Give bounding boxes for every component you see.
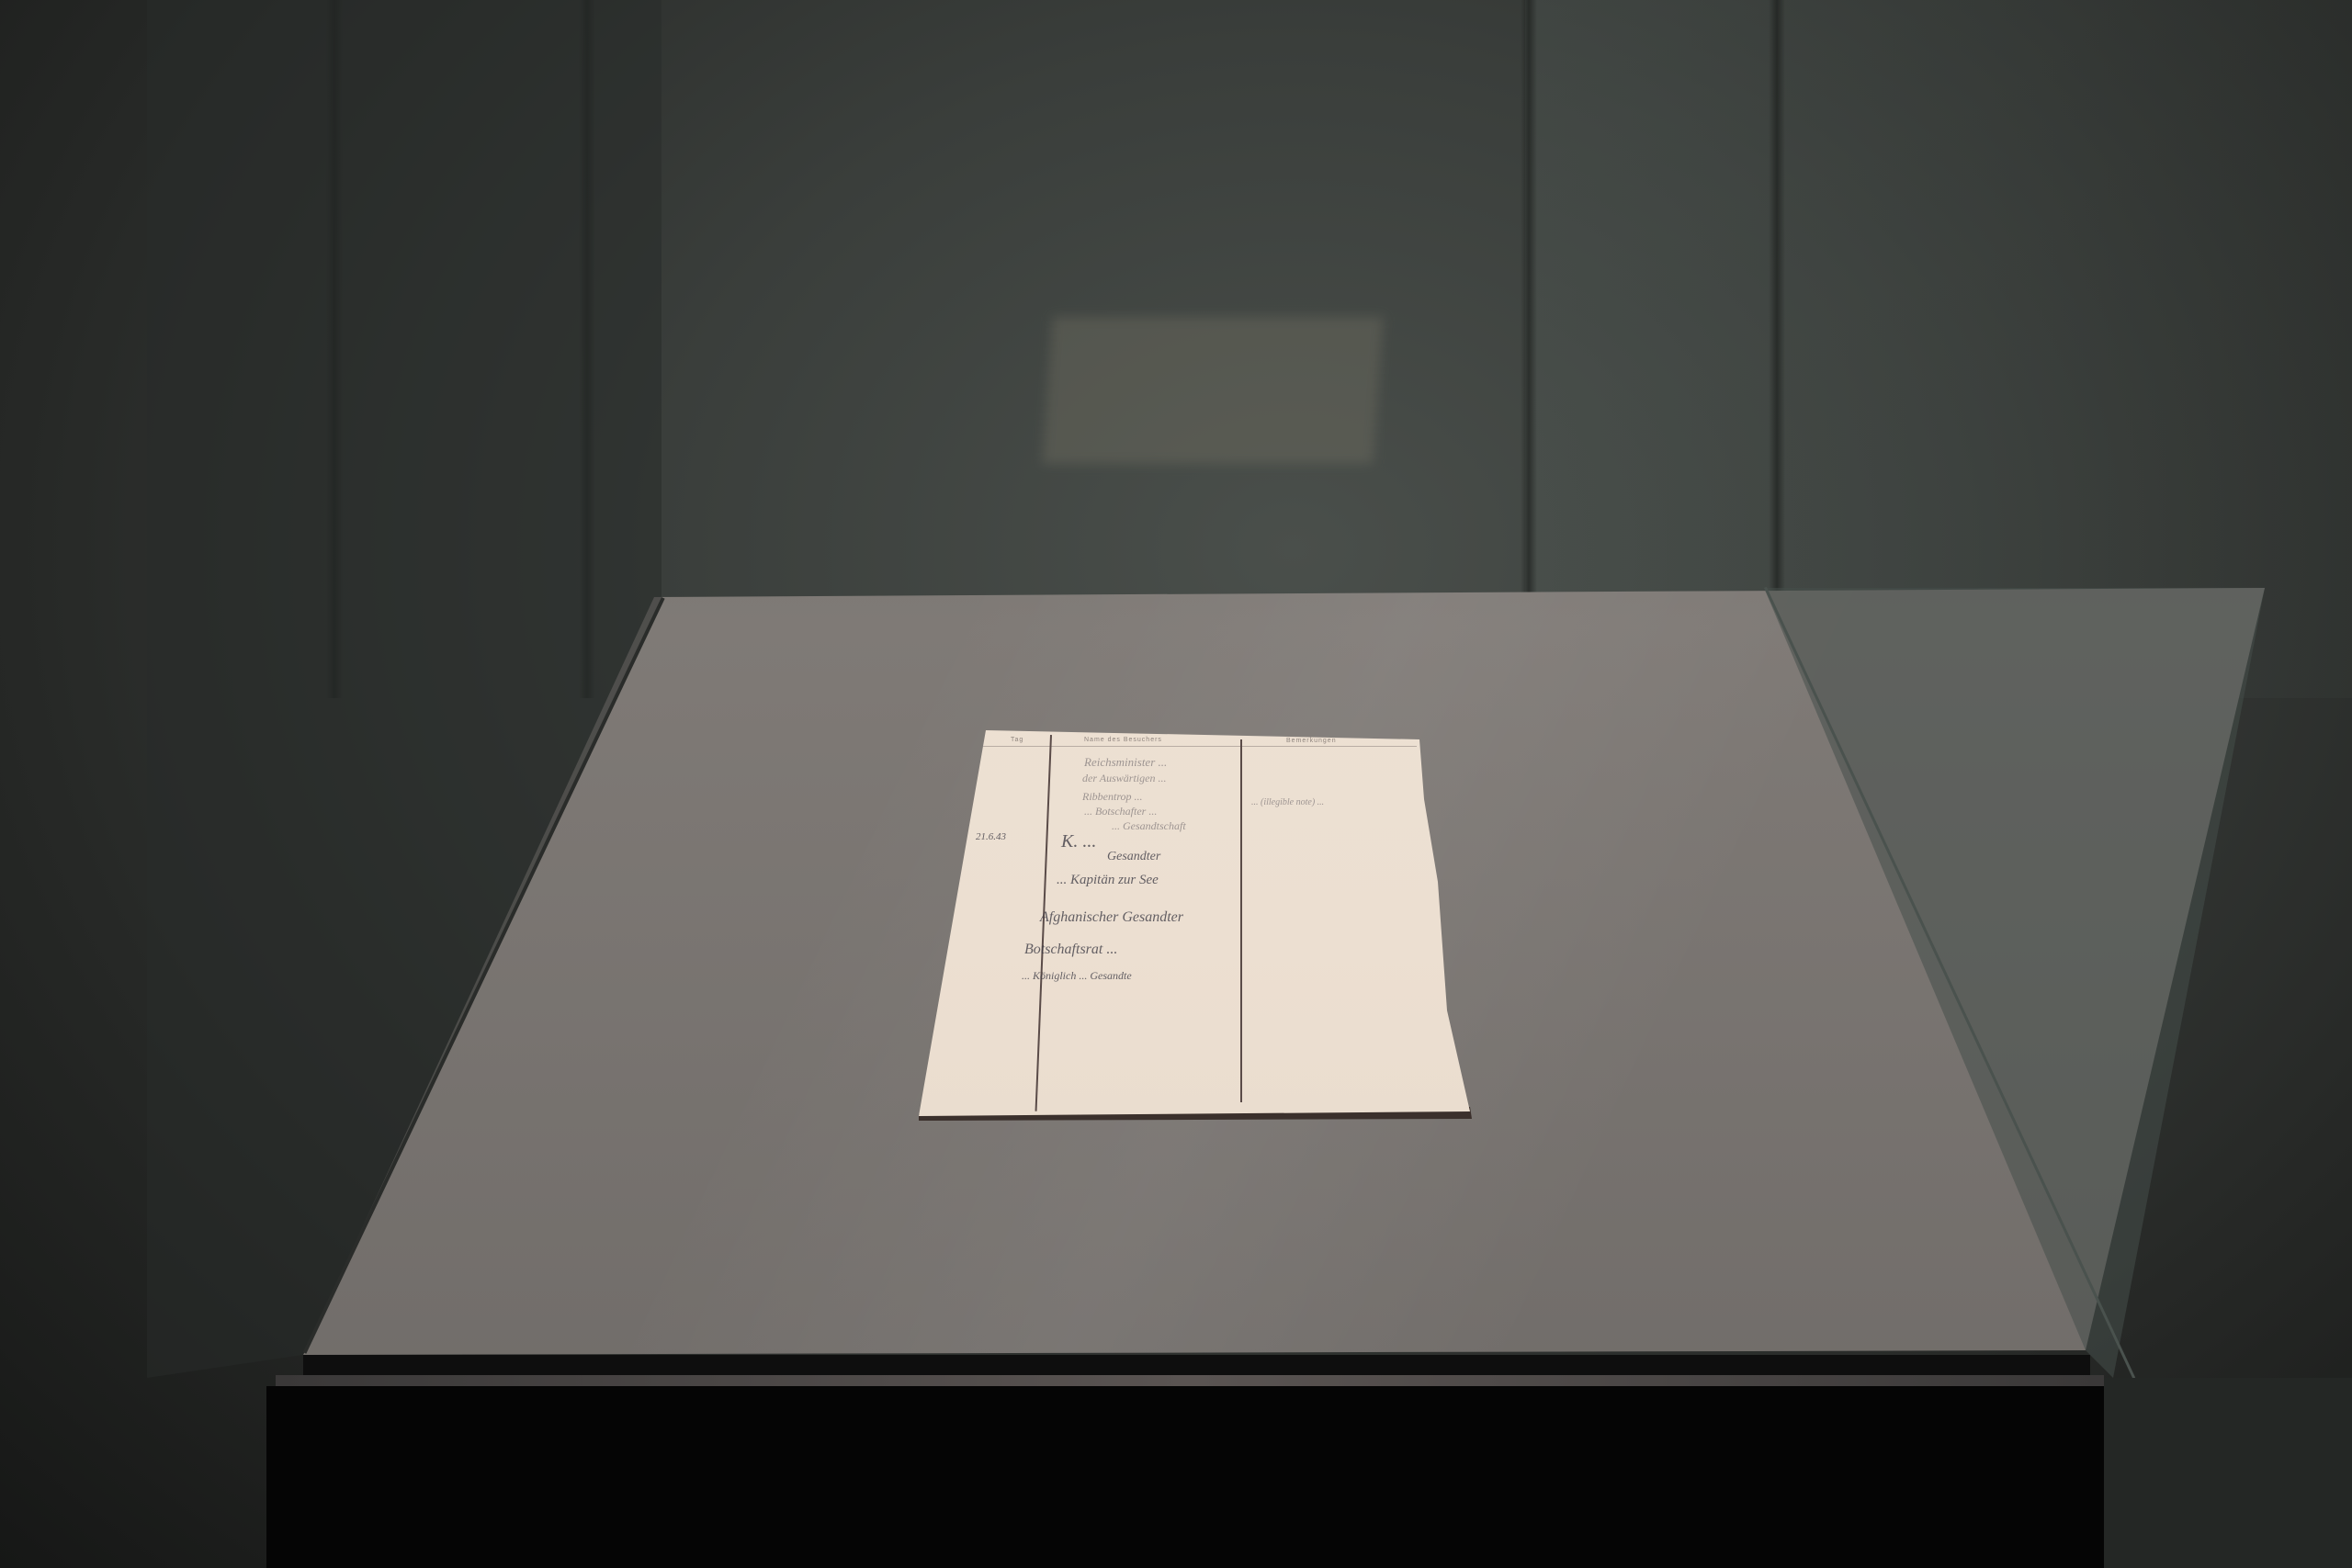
plinth-lip xyxy=(303,1355,2090,1375)
signature: Gesandter xyxy=(1107,850,1160,864)
signature: Afghanischer Gesandter xyxy=(1040,909,1183,926)
column-header-date: Tag xyxy=(1011,737,1023,743)
column-rule-2 xyxy=(1240,739,1242,1102)
entry-line: ... Gesandtschaft xyxy=(1112,819,1186,833)
entry-line: Ribbentrop ... xyxy=(1082,790,1143,804)
plinth xyxy=(266,1386,2104,1568)
entry-line: ... Botschafter ... xyxy=(1084,805,1157,818)
signature: K. ... xyxy=(1061,831,1096,852)
signature: Botschaftsrat ... xyxy=(1024,942,1117,958)
plinth-edge xyxy=(276,1375,2104,1386)
signature: ... Kapitän zur See xyxy=(1057,873,1159,888)
entry-line: Reichsminister ... xyxy=(1084,755,1167,770)
remarks-note: ... (illegible note) ... xyxy=(1251,797,1324,807)
glass-reflection xyxy=(1042,317,1383,464)
floor-area xyxy=(2104,1378,2352,1568)
entry-line: der Auswärtigen ... xyxy=(1082,772,1166,785)
signature: ... Königlich ... Gesandte xyxy=(1022,969,1132,983)
column-header-remarks: Bemerkungen xyxy=(1286,738,1337,744)
header-rule xyxy=(983,746,1417,747)
column-header-name: Name des Besuchers xyxy=(1084,737,1162,743)
date-entry: 21.6.43 xyxy=(976,831,1006,842)
